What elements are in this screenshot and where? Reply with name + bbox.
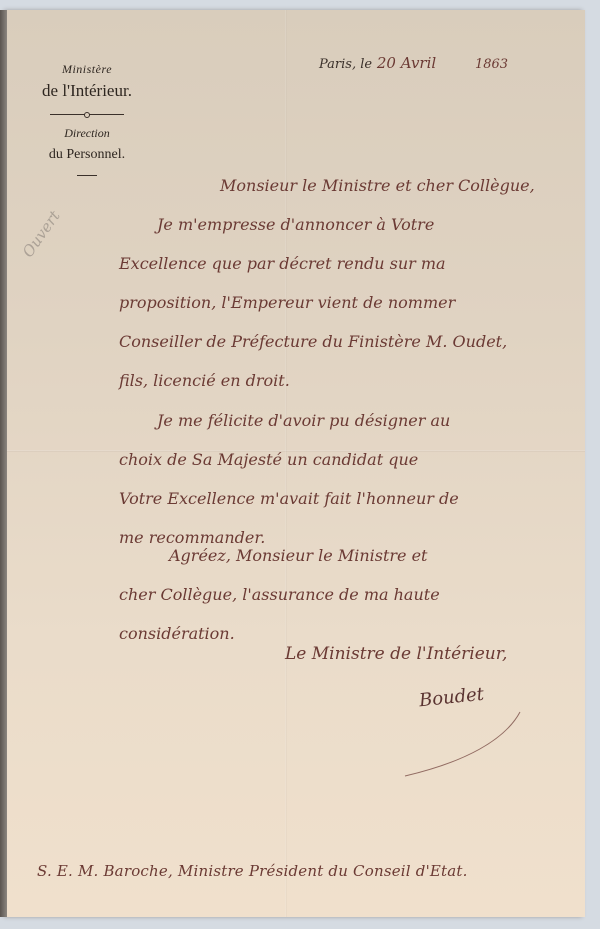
- letterhead-ministry: Ministère: [27, 62, 147, 77]
- body-line: me recommander.: [119, 528, 265, 547]
- letter-page: Ministère de l'Intérieur. Direction du P…: [7, 10, 585, 917]
- body-line: proposition, l'Empereur vient de nommer: [119, 293, 455, 312]
- letterhead: Ministère de l'Intérieur. Direction du P…: [27, 62, 147, 176]
- body-line: Agréez, Monsieur le Ministre et: [169, 546, 427, 565]
- addressee: S. E. M. Baroche, Ministre Président du …: [37, 862, 468, 880]
- body-line: Je me félicite d'avoir pu désigner au: [157, 411, 450, 430]
- letterhead-division: du Personnel.: [27, 147, 147, 163]
- signature-flourish-icon: [395, 710, 535, 780]
- signature: Boudet: [418, 684, 485, 712]
- body-line: Conseiller de Préfecture du Finistère M.…: [119, 332, 507, 351]
- letterhead-ornament-rule: [50, 114, 124, 115]
- dateline-month: Avril: [401, 54, 436, 72]
- dateline-year: 1863: [475, 57, 508, 72]
- body-line: Votre Excellence m'avait fait l'honneur …: [119, 489, 459, 508]
- dateline: Paris, le 20 Avril 1863: [319, 54, 508, 72]
- salutation: Monsieur le Ministre et cher Collègue,: [220, 176, 535, 195]
- letterhead-direction: Direction: [27, 126, 147, 141]
- dateline-place: Paris, le: [319, 57, 372, 72]
- body-line: cher Collègue, l'assurance de ma haute: [119, 585, 440, 604]
- letterhead-department: de l'Intérieur.: [27, 81, 147, 101]
- body-line: Excellence que par décret rendu sur ma: [119, 254, 446, 273]
- signoff: Le Ministre de l'Intérieur,: [285, 644, 507, 664]
- dateline-day: 20: [377, 54, 396, 72]
- letterhead-short-rule: [77, 175, 97, 176]
- body-line: fils, licencié en droit.: [119, 371, 290, 390]
- pencil-annotation: Ouvert: [19, 207, 64, 260]
- body-line: Je m'empresse d'annoncer à Votre: [157, 215, 434, 234]
- body-line: considération.: [119, 624, 235, 643]
- body-line: choix de Sa Majesté un candidat que: [119, 450, 418, 469]
